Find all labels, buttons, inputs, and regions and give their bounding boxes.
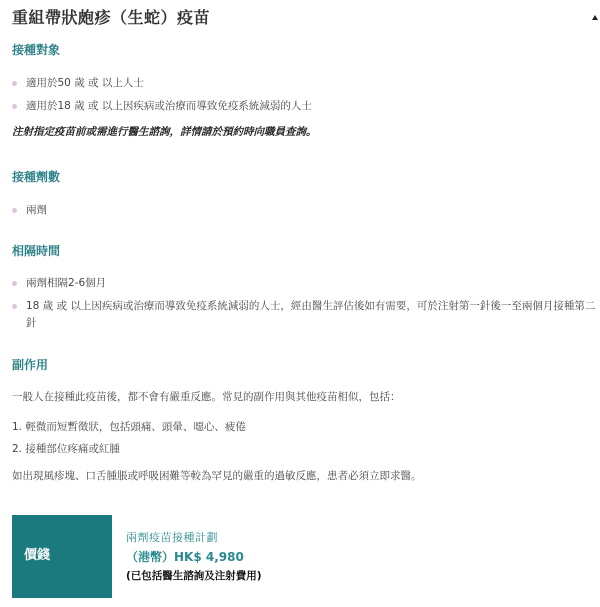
bullet-dot-icon [12, 304, 17, 309]
accordion-header[interactable]: 重組帶狀皰疹（生蛇）疫苗 [12, 6, 600, 32]
section-heading-target: 接種對象 [12, 42, 60, 58]
price-box: 價錢 [12, 515, 112, 598]
price-amount: （港幣）HK$ 4,980 [126, 547, 426, 567]
plan-name: 兩劑疫苗接種計劃 [126, 529, 426, 547]
list-item: 兩劑相隔2-6個月 [12, 275, 597, 292]
consultation-note: 注射指定疫苗前或需進行醫生諮詢，詳情請於預約時向職員查詢。 [12, 124, 317, 141]
bullet-dot-icon [12, 81, 17, 86]
collapse-toggle[interactable] [590, 13, 600, 23]
price-label: 價錢 [24, 548, 50, 564]
list-item: 18 歲 或 以上因疾病或治療而導致免疫系統減弱的人士，經由醫生評估後如有需要，… [12, 298, 597, 332]
bullet-dot-icon [12, 208, 17, 213]
list-item: 兩劑 [12, 202, 252, 219]
bullet-dot-icon [12, 281, 17, 286]
triangle-up-icon [592, 15, 598, 20]
list-item: 適用於50 歲 或 以上人士 [12, 75, 597, 92]
side-effects-intro: 一般人在接種此疫苗後，都不會有嚴重反應。常見的副作用與其他疫苗相似，包括： [12, 389, 401, 406]
allergy-warning: 如出現風疹塊、口舌腫脹或呼吸困難等較為罕見的嚴重的過敏反應，患者必須立即求醫。 [12, 468, 422, 485]
section-heading-interval: 相隔時間 [12, 243, 60, 259]
bullet-dot-icon [12, 104, 17, 109]
side-effect-item: 2. 接種部位疼痛或紅腫 [12, 441, 120, 458]
section-heading-side-effects: 副作用 [12, 357, 48, 373]
price-info: 兩劑疫苗接種計劃 （港幣）HK$ 4,980 (已包括醫生諮詢及注射費用) [126, 529, 426, 585]
section-heading-doses: 接種劑數 [12, 169, 60, 185]
side-effect-item: 1. 輕微而短暫徵狀，包括頭痛、頭暈、噁心、疲倦 [12, 419, 246, 436]
price-note: (已包括醫生諮詢及注射費用) [126, 567, 426, 585]
list-item: 適用於18 歲 或 以上因疾病或治療而導致免疫系統減弱的人士 [12, 98, 597, 115]
page-title: 重組帶狀皰疹（生蛇）疫苗 [12, 6, 210, 30]
